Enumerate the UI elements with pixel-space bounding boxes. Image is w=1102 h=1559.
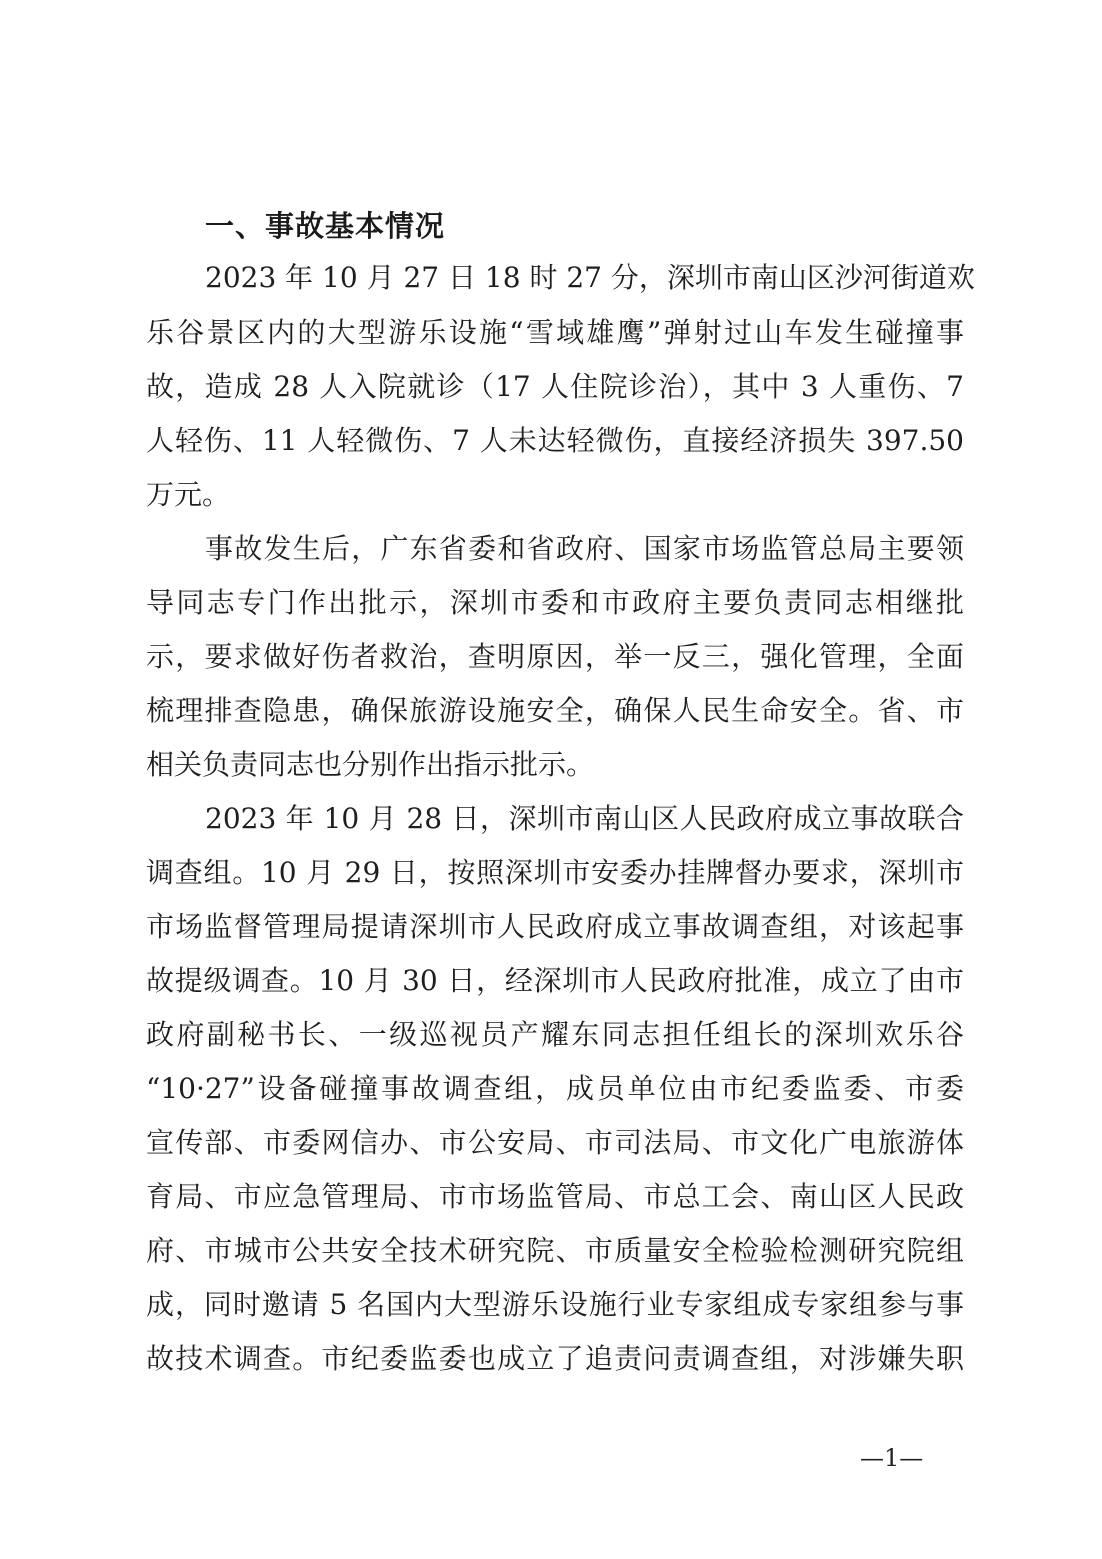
document-page: 一、事故基本情况 2023 年 10 月 27 日 18 时 27 分，深圳市南…: [0, 0, 1102, 1559]
paragraph-3-line-11: 故技术调查。市纪委监委也成立了追责问责调查组，对涉嫌失职: [146, 1339, 964, 1379]
paragraph-3-line-2: 调查组。10 月 29 日，按照深圳市安委办挂牌督办要求，深圳市: [146, 853, 964, 893]
paragraph-2-line-3: 示，要求做好伤者救治，查明原因，举一反三，强化管理，全面: [146, 637, 964, 677]
paragraph-1-line-3: 故，造成 28 人入院就诊（17 人住院诊治），其中 3 人重伤、7: [146, 367, 964, 407]
paragraph-3-line-8: 育局、市应急管理局、市市场监管局、市总工会、南山区人民政: [146, 1177, 964, 1217]
paragraph-3-line-3: 市场监督管理局提请深圳市人民政府成立事故调查组，对该起事: [146, 907, 964, 947]
page-number: —1—: [860, 1444, 923, 1472]
paragraph-3-line-10: 成，同时邀请 5 名国内大型游乐设施行业专家组成专家组参与事: [146, 1285, 964, 1325]
paragraph-3-line-5: 政府副秘书长、一级巡视员产耀东同志担任组长的深圳欢乐谷: [146, 1015, 964, 1055]
paragraph-1-line-2: 乐谷景区内的大型游乐设施“雪域雄鹰”弹射过山车发生碰撞事: [146, 313, 964, 353]
paragraph-2-line-2: 导同志专门作出批示，深圳市委和市政府主要负责同志相继批: [146, 583, 964, 623]
paragraph-1-line-1: 2023 年 10 月 27 日 18 时 27 分，深圳市南山区沙河街道欢: [205, 258, 964, 298]
paragraph-1-line-5: 万元。: [146, 475, 964, 515]
section-heading: 一、事故基本情况: [205, 204, 445, 245]
paragraph-3-line-7: 宣传部、市委网信办、市公安局、市司法局、市文化广电旅游体: [146, 1123, 964, 1163]
paragraph-3-line-4: 故提级调查。10 月 30 日，经深圳市人民政府批准，成立了由市: [146, 961, 964, 1001]
paragraph-3-line-1: 2023 年 10 月 28 日，深圳市南山区人民政府成立事故联合: [205, 799, 964, 839]
paragraph-3-line-9: 府、市城市公共安全技术研究院、市质量安全检验检测研究院组: [146, 1231, 964, 1271]
paragraph-2-line-4: 梳理排查隐患，确保旅游设施安全，确保人民生命安全。省、市: [146, 691, 964, 731]
paragraph-3-line-6: “10·27”设备碰撞事故调查组，成员单位由市纪委监委、市委: [146, 1069, 964, 1109]
paragraph-1-line-4: 人轻伤、11 人轻微伤、7 人未达轻微伤，直接经济损失 397.50: [146, 421, 964, 461]
paragraph-2-line-1: 事故发生后，广东省委和省政府、国家市场监管总局主要领: [205, 529, 964, 569]
paragraph-2-line-5: 相关负责同志也分别作出指示批示。: [146, 745, 964, 785]
